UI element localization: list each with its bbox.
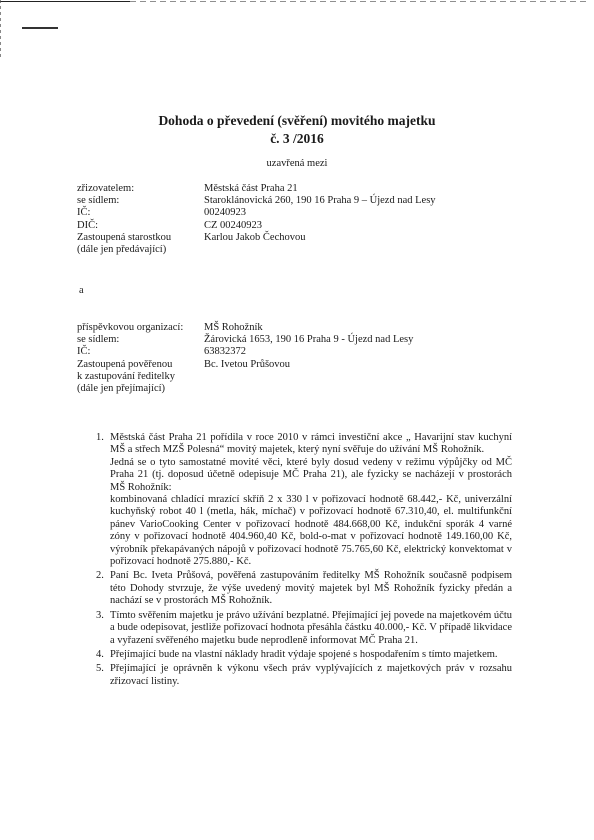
party-row: Zastoupená pověřenouBc. Ivetou Průšovou: [77, 359, 413, 371]
clause-paragraph: Tímto svěřením majetku je právo užívání …: [110, 610, 512, 647]
scan-border-noise: [130, 1, 590, 2]
clause-number: 4.: [96, 649, 104, 661]
clause-item: 2. Paní Bc. Iveta Průšová, pověřená zast…: [96, 570, 512, 607]
scan-edge-noise: [0, 0, 1, 60]
party-value: CZ 00240923: [204, 220, 262, 232]
party-label: se sídlem:: [77, 334, 204, 346]
party-row: se sídlem:Staroklánovická 260, 190 16 Pr…: [77, 195, 436, 207]
party-value: 00240923: [204, 207, 246, 219]
party-label: DIČ:: [77, 220, 204, 232]
party-value: Žárovická 1653, 190 16 Praha 9 - Újezd n…: [204, 334, 413, 346]
party-row: příspěvkovou organizací:MŠ Rohožník: [77, 322, 413, 334]
clause-paragraph: Jedná se o tyto samostatné movité věci, …: [110, 457, 512, 494]
clause-item: 3. Tímto svěřením majetku je právo užívá…: [96, 610, 512, 647]
document-subtitle: uzavřená mezi: [0, 158, 594, 169]
party-row: se sídlem:Žárovická 1653, 190 16 Praha 9…: [77, 334, 413, 346]
party-value: MŠ Rohožník: [204, 322, 263, 334]
party-value: 63832372: [204, 346, 246, 358]
party-label: IČ:: [77, 346, 204, 358]
party-label: se sídlem:: [77, 195, 204, 207]
clause-paragraph: Městská část Praha 21 pořídila v roce 20…: [110, 432, 512, 457]
clause-paragraph: Paní Bc. Iveta Průšová, pověřená zastupo…: [110, 570, 512, 607]
party-row: (dále jen předávající): [77, 244, 436, 256]
party-value: Karlou Jakob Čechovou: [204, 232, 305, 244]
clause-number: 2.: [96, 570, 104, 582]
party-label: (dále jen předávající): [77, 244, 204, 256]
party-label: (dále jen přejímající): [77, 383, 204, 395]
party-recipient: příspěvkovou organizací:MŠ Rohožník se s…: [77, 322, 413, 395]
scan-border-line: [0, 1, 130, 2]
clause-item: 5. Přejímající je oprávněn k výkonu všec…: [96, 663, 512, 688]
party-value: Staroklánovická 260, 190 16 Praha 9 – Új…: [204, 195, 436, 207]
clause-number: 3.: [96, 610, 104, 622]
document-number: č. 3 /2016: [0, 131, 594, 147]
party-label: Zastoupená pověřenou: [77, 359, 204, 371]
party-label: zřizovatelem:: [77, 183, 204, 195]
party-value: Městská část Praha 21: [204, 183, 298, 195]
party-label: k zastupování ředitelky: [77, 371, 204, 383]
document-title: Dohoda o převedení (svěření) movitého ma…: [0, 113, 594, 129]
party-label: IČ:: [77, 207, 204, 219]
clause-item: 1. Městská část Praha 21 pořídila v roce…: [96, 432, 512, 568]
party-row: Zastoupená starostkouKarlou Jakob Čechov…: [77, 232, 436, 244]
clause-paragraph: kombinovaná chladící mrazící skříň 2 x 3…: [110, 494, 512, 568]
party-row: (dále jen přejímající): [77, 383, 413, 395]
clause-item: 4. Přejímající bude na vlastní náklady h…: [96, 649, 512, 661]
conjunction: a: [79, 285, 84, 296]
party-value: Bc. Ivetou Průšovou: [204, 359, 290, 371]
party-label: Zastoupená starostkou: [77, 232, 204, 244]
clause-paragraph: Přejímající bude na vlastní náklady hrad…: [110, 649, 512, 661]
clause-paragraph: Přejímající je oprávněn k výkonu všech p…: [110, 663, 512, 688]
clause-number: 5.: [96, 663, 104, 675]
scan-mark: [22, 27, 58, 29]
clause-list: 1. Městská část Praha 21 pořídila v roce…: [96, 432, 512, 690]
party-label: příspěvkovou organizací:: [77, 322, 204, 334]
party-row: DIČ:CZ 00240923: [77, 220, 436, 232]
party-transferor: zřizovatelem:Městská část Praha 21 se sí…: [77, 183, 436, 256]
party-row: IČ:63832372: [77, 346, 413, 358]
clause-number: 1.: [96, 432, 104, 444]
party-row: k zastupování ředitelky: [77, 371, 413, 383]
party-row: zřizovatelem:Městská část Praha 21: [77, 183, 436, 195]
party-row: IČ:00240923: [77, 207, 436, 219]
